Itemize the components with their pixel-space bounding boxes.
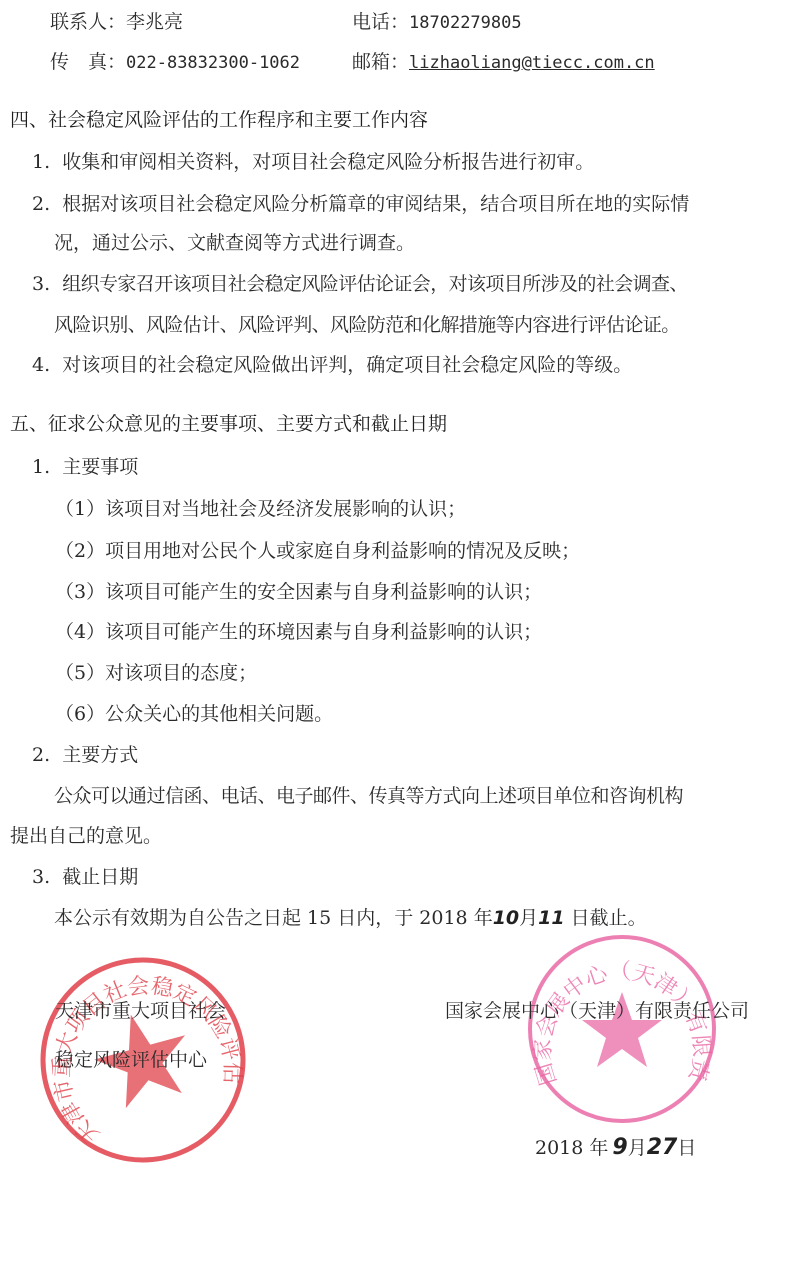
contact-person: 联系人：李兆亮 (50, 10, 183, 34)
matter-text: 公众关心的其他相关问题。 (105, 703, 333, 725)
section4-item-3: 3. 组织专家召开该项目社会稳定风险评估论证会，对该项目所涉及的社会调查、 (32, 272, 688, 296)
item-number: 3. (32, 273, 50, 295)
item-text: 收集和审阅相关资料，对项目社会稳定风险分析报告进行初审。 (62, 151, 594, 173)
item-number: 4. (32, 354, 50, 376)
item-number: 1. (32, 151, 50, 173)
section5-sub2-text: 公众可以通过信函、电话、电子邮件、传真等方式向上述项目单位和咨询机构 (54, 784, 683, 808)
item-text: 对该项目的社会稳定风险做出评判，确定项目社会稳定风险的等级。 (62, 354, 632, 376)
date-day-handwritten: 27 (647, 1135, 678, 1160)
signatory-left-line1: 天津市重大项目社会 (55, 996, 226, 1023)
section4-item-3-cont: 风险识别、风险估计、风险评判、风险防范和化解措施等内容进行评估论证。 (54, 313, 680, 337)
matter-item-6: （6）公众关心的其他相关问题。 (55, 702, 333, 726)
contact-email-label: 邮箱： (352, 51, 409, 73)
matter-text: 该项目对当地社会及经济发展影响的认识； (105, 498, 466, 520)
signature-date: 2018 年9月27日 (535, 1133, 696, 1160)
contact-phone-label: 电话： (352, 11, 409, 33)
sub-title: 截止日期 (62, 866, 138, 888)
signatory-right: 国家会展中心（天津）有限责任公司 (445, 996, 749, 1023)
section4-item-2: 2. 根据对该项目社会稳定风险分析篇章的审阅结果，结合项目所在地的实际情 (32, 192, 689, 216)
contact-phone-value: 18702279805 (409, 13, 522, 33)
signatory-left-line2: 稳定风险评估中心 (55, 1045, 207, 1072)
section5-title: 五、征求公众意见的主要事项、主要方式和截止日期 (10, 412, 447, 436)
matter-item-2: （2）项目用地对公民个人或家庭自身利益影响的情况及反映； (55, 539, 580, 563)
deadline-month-label: 月 (519, 907, 538, 929)
matter-text: 该项目可能产生的安全因素与自身利益影响的认识； (105, 581, 542, 603)
section4-item-4: 4. 对该项目的社会稳定风险做出评判，确定项目社会稳定风险的等级。 (32, 353, 632, 377)
section4-item-1: 1. 收集和审阅相关资料，对项目社会稳定风险分析报告进行初审。 (32, 150, 594, 174)
contact-fax-value: 022-83832300-1062 (126, 53, 300, 73)
section4-item-2-cont: 况，通过公示、文献查阅等方式进行调查。 (54, 231, 415, 255)
sub-number: 3. (32, 866, 50, 888)
matter-number: （5） (55, 662, 105, 684)
date-month-label: 月 (628, 1137, 647, 1159)
matter-number: （1） (55, 498, 105, 520)
date-month-handwritten: 9 (612, 1135, 627, 1160)
deadline-text: 本公示有效期为自公告之日起 15 日内，于 2018 年10月11 日截止。 (54, 906, 647, 930)
contact-fax: 传 真：022-83832300-1062 (50, 50, 300, 75)
item-number: 2. (32, 193, 50, 215)
date-day-label: 日 (677, 1137, 696, 1159)
deadline-text-suffix: 日截止。 (565, 907, 647, 929)
section5-sub3-title: 3. 截止日期 (32, 865, 138, 889)
contact-fax-label: 传 真： (50, 51, 126, 73)
matter-text: 项目用地对公民个人或家庭自身利益影响的情况及反映； (105, 540, 580, 562)
deadline-month-handwritten: 10 (493, 907, 519, 929)
section4-title: 四、社会稳定风险评估的工作程序和主要工作内容 (10, 108, 428, 132)
contact-email: 邮箱：lizhaoliang@tiecc.com.cn (352, 50, 655, 75)
contact-email-link[interactable]: lizhaoliang@tiecc.com.cn (409, 53, 655, 73)
item-text: 根据对该项目社会稳定风险分析篇章的审阅结果，结合项目所在地的实际情 (62, 193, 689, 215)
matter-number: （4） (55, 621, 105, 643)
section5-sub2-title: 2. 主要方式 (32, 743, 138, 767)
deadline-day-handwritten: 11 (538, 907, 564, 929)
sub-number: 1. (32, 456, 50, 478)
sub-title: 主要方式 (62, 744, 138, 766)
section5-sub2-cont: 提出自己的意见。 (10, 824, 162, 848)
contact-phone: 电话：18702279805 (352, 10, 522, 35)
matter-text: 对该项目的态度； (105, 662, 257, 684)
matter-item-4: （4）该项目可能产生的环境因素与自身利益影响的认识； (55, 620, 542, 644)
seal-graphic-icon: 国家会展中心（天津）有限责任公司 (525, 932, 720, 1127)
matter-item-1: （1）该项目对当地社会及经济发展影响的认识； (55, 497, 466, 521)
sub-title: 主要事项 (62, 456, 138, 478)
sub-number: 2. (32, 744, 50, 766)
matter-number: （3） (55, 581, 105, 603)
contact-person-label: 联系人： (50, 11, 126, 33)
matter-text: 该项目可能产生的环境因素与自身利益影响的认识； (105, 621, 542, 643)
section5-sub1-title: 1. 主要事项 (32, 455, 138, 479)
matter-item-3: （3）该项目可能产生的安全因素与自身利益影响的认识； (55, 580, 542, 604)
right-official-seal: 国家会展中心（天津）有限责任公司 (525, 932, 720, 1127)
matter-number: （6） (55, 703, 105, 725)
item-text: 组织专家召开该项目社会稳定风险评估论证会，对该项目所涉及的社会调查、 (62, 273, 688, 295)
matter-number: （2） (55, 540, 105, 562)
matter-item-5: （5）对该项目的态度； (55, 661, 257, 685)
deadline-text-prefix: 本公示有效期为自公告之日起 15 日内，于 2018 年 (54, 907, 493, 929)
contact-person-value: 李兆亮 (126, 11, 183, 33)
date-year: 2018 年 (535, 1137, 608, 1159)
